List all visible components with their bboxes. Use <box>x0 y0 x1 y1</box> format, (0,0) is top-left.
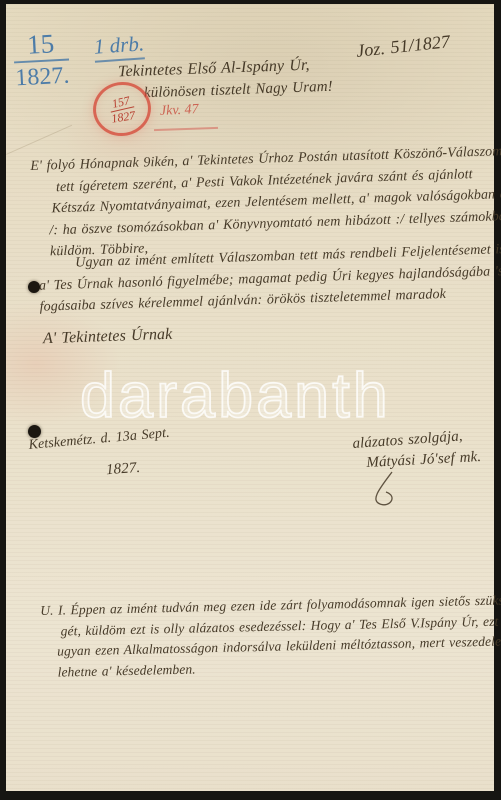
punch-hole <box>28 425 41 438</box>
postscript-paragraph: U. I. Éppen az imént tudván meg ezen ide… <box>40 590 501 683</box>
punch-hole <box>28 281 40 293</box>
dateline-block: Ketskemétz. d. 13a Sept. 1827. <box>28 438 169 477</box>
red-note: Jkv. 47 <box>160 102 199 120</box>
signature-flourish <box>352 470 432 510</box>
archive-number-block: 15 1827. <box>12 29 70 92</box>
signature-block: alázatos szolgája, Mátyási Jó'sef mk. <box>352 436 481 472</box>
archive-number: 15 <box>12 29 69 64</box>
archive-year: 1827. <box>14 61 70 92</box>
signature-name: Mátyási Jó'sef mk. <box>366 449 482 472</box>
scanned-letter-page: { "watermark": { "text": "darabanth" }, … <box>0 0 501 800</box>
piece-count: 1 drb. <box>93 31 145 62</box>
date-year: 1827. <box>105 458 170 479</box>
